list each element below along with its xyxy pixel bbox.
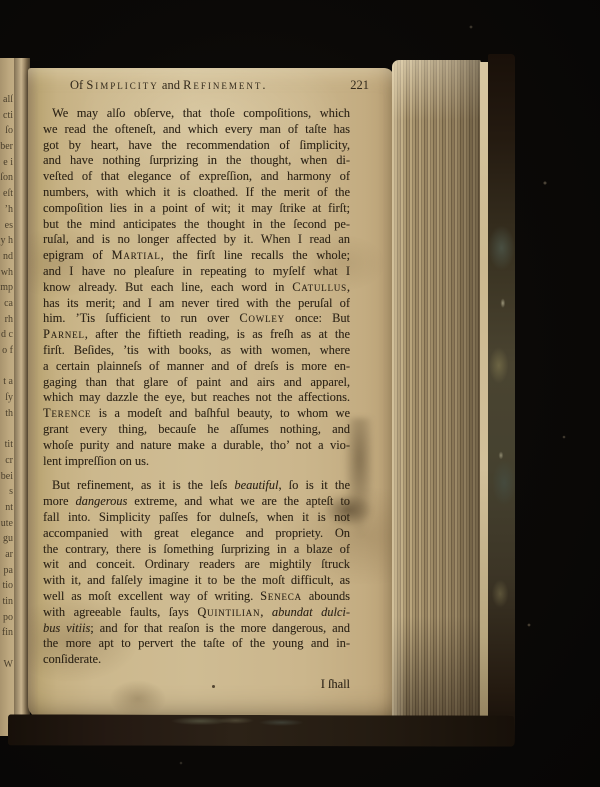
- text-line: ruſal, and is no longer affected by it. …: [43, 232, 350, 248]
- text-segment: which may dazzle the eye, but reaches no…: [43, 390, 350, 404]
- facing-page-text-fragment: ſo: [0, 123, 13, 139]
- text-line: which may dazzle the eye, but reaches no…: [43, 390, 350, 406]
- text-segment: and: [159, 78, 183, 92]
- small-caps-name: Martial: [112, 248, 161, 262]
- text-segment: him. ’Tis ſufficient to run over: [43, 311, 239, 325]
- italic-phrase: dangerous: [75, 494, 127, 508]
- text-line: We may alſo obſerve, that thoſe compoſit…: [43, 106, 350, 122]
- text-segment: firſt. Beſides, ’tis with books, as with…: [43, 343, 350, 357]
- text-segment: ruſal, and is no longer affected by it. …: [43, 232, 350, 246]
- small-caps-name: Cowley: [239, 311, 285, 325]
- text-line: accompanied with great elegance and prop…: [43, 526, 350, 542]
- text-line: well as moſt excellent way of writing. S…: [43, 589, 350, 605]
- facing-page-text-fragment: po: [0, 610, 13, 626]
- small-caps-name: Parnel: [43, 327, 85, 341]
- text-segment: wit and conceit. Ordinary readers are mi…: [43, 557, 350, 571]
- text-segment: ,: [260, 605, 272, 619]
- text-segment: lent impreſſion on us.: [43, 454, 149, 468]
- text-line: got by heart, have the recommendation of…: [43, 138, 350, 154]
- facing-page-text-fragment: eſt: [0, 186, 13, 202]
- text-line: but the mind anticipates the thought in …: [43, 217, 350, 233]
- facing-page-text-fragment: fin: [0, 625, 13, 641]
- small-caps-name: Simplicity: [86, 78, 158, 92]
- italic-phrase: bus vitiis: [43, 621, 90, 635]
- text-segment: well as moſt excellent way of writing.: [43, 589, 260, 603]
- text-segment: got by heart, have the recommendation of…: [43, 138, 350, 152]
- facing-page-text-fragment: tio: [0, 578, 13, 594]
- book-page: Of Simplicity and Refinement. 221 We may…: [28, 68, 394, 718]
- facing-page-text-fragment: wh: [0, 265, 13, 281]
- text-line: more dangerous extreme, and what we are …: [43, 494, 350, 510]
- text-line: lent impreſſion on us.: [43, 454, 350, 470]
- facing-page-text-fragment: y h: [0, 233, 13, 249]
- text-line: with agreeable faults, ſays Quintilian, …: [43, 605, 350, 621]
- facing-page-text-column: alſctiſobere iſoneſt’hesy hndwhmpcarhd c…: [0, 92, 13, 732]
- facing-page-text-fragment: cti: [0, 108, 13, 124]
- text-segment: , after the fiftieth reading, is as freſ…: [85, 327, 350, 341]
- facing-page-text-fragment: tit: [0, 437, 13, 453]
- catchword: I ſhall: [43, 677, 350, 693]
- facing-page-text-fragment: nd: [0, 249, 13, 265]
- text-segment: with agreeable faults, ſays: [43, 605, 197, 619]
- facing-page-text-fragment: ’h: [0, 202, 13, 218]
- text-segment: , ſo is it the: [278, 478, 350, 492]
- facing-page-text-fragment: d c: [0, 327, 13, 343]
- text-line: compoſition lies in a point of wit; it m…: [43, 201, 350, 217]
- text-line: grant every thing, becauſe he aſſumes no…: [43, 422, 350, 438]
- text-line: and I have no pleaſure in repeating to m…: [43, 264, 350, 280]
- text-segment: conſiderate.: [43, 652, 101, 666]
- text-line: the more apt to pervert the taſte of the…: [43, 636, 350, 652]
- text-line: But refinement, as it is the leſs beauti…: [43, 478, 350, 494]
- text-segment: and have nothing ſurprizing in the thoug…: [43, 153, 350, 167]
- text-line: Terence is a modeſt and baſhful beauty, …: [43, 406, 350, 422]
- facing-page-text-fragment: s cr: [0, 484, 13, 500]
- small-caps-name: Refinement.: [183, 78, 267, 92]
- text-segment: numbers, with which it is cloathed. If t…: [43, 185, 350, 199]
- text-line: numbers, with which it is cloathed. If t…: [43, 185, 350, 201]
- text-segment: epigram of: [43, 248, 112, 262]
- text-segment: the more apt to pervert the taſte of the…: [43, 636, 350, 650]
- small-caps-name: Terence: [43, 406, 91, 420]
- page-number: 221: [350, 78, 369, 93]
- text-line: we read the ofteneſt, and which every ma…: [43, 122, 350, 138]
- facing-page-text-fragment: W: [0, 657, 13, 673]
- text-line: firſt. Beſides, ’tis with books, as with…: [43, 343, 350, 359]
- text-segment: veſted of that elegance of expreſſion, a…: [43, 169, 350, 183]
- text-segment: ,: [347, 280, 350, 294]
- text-line: whoſe purity and nature make a durable, …: [43, 438, 350, 454]
- book-cover-marbled-edge: [488, 54, 515, 746]
- text-segment: Of: [70, 78, 86, 92]
- paragraphs: We may alſo obſerve, that thoſe compoſit…: [43, 106, 350, 668]
- dust-specks: [0, 0, 2, 2]
- text-segment: , the firſt line recalls the whole;: [161, 248, 350, 262]
- ink-stain: [323, 493, 373, 527]
- text-segment: We may alſo obſerve, that thoſe compoſit…: [52, 106, 350, 120]
- small-caps-name: Seneca: [260, 589, 302, 603]
- text-block: We may alſo obſerve, that thoſe compoſit…: [43, 106, 350, 693]
- text-line: Parnel, after the fiftieth reading, is a…: [43, 327, 350, 343]
- text-line: and have nothing ſurprizing in the thoug…: [43, 153, 350, 169]
- text-segment: and I have no pleaſure in repeating to m…: [43, 264, 350, 278]
- facing-page-text-fragment: ca: [0, 296, 13, 312]
- text-line: conſiderate.: [43, 652, 350, 668]
- text-segment: we read the ofteneſt, and which every ma…: [43, 122, 350, 136]
- text-segment: with it, and falſely imagine it to be th…: [43, 573, 350, 587]
- facing-page-text-fragment: cr: [0, 453, 13, 469]
- small-caps-name: Quintilian: [197, 605, 260, 619]
- facing-page-text-fragment: ſon: [0, 170, 13, 186]
- text-segment: is a modeſt and baſhful beauty, to whom …: [91, 406, 350, 420]
- text-segment: whoſe purity and nature make a durable, …: [43, 438, 350, 452]
- facing-page-text-fragment: e i: [0, 155, 13, 171]
- small-caps-name: Catullus: [292, 280, 347, 294]
- facing-page-text-fragment: ar: [0, 547, 13, 563]
- text-segment: accompanied with great elegance and prop…: [43, 526, 350, 540]
- italic-phrase: abundat dulci-: [272, 605, 350, 619]
- facing-page-text-fragment: rh: [0, 312, 13, 328]
- text-line: a certain plainneſs of manner and of dre…: [43, 359, 350, 375]
- facing-page-text-fragment: [0, 421, 13, 437]
- text-line: bus vitiis; and for that reaſon is the m…: [43, 621, 350, 637]
- text-line: the contrary, there is ſomething ſurpriz…: [43, 542, 350, 558]
- text-line: know already. But each line, each word i…: [43, 280, 350, 296]
- headline-title: Of Simplicity and Refinement.: [70, 78, 268, 93]
- running-header: Of Simplicity and Refinement. 221: [43, 78, 369, 93]
- facing-page-text-fragment: pa: [0, 563, 13, 579]
- facing-page-text-fragment: [0, 641, 13, 657]
- text-segment: the contrary, there is ſomething ſurpriz…: [43, 542, 350, 556]
- facing-page-text-fragment: bei: [0, 469, 13, 485]
- facing-page-text-fragment: es: [0, 218, 13, 234]
- text-line: with it, and falſely imagine it to be th…: [43, 573, 350, 589]
- text-line: him. ’Tis ſufficient to run over Cowley …: [43, 311, 350, 327]
- text-line: epigram of Martial, the firſt line recal…: [43, 248, 350, 264]
- book-cover-bottom-edge: [8, 714, 514, 746]
- facing-page-text-fragment: t a: [0, 374, 13, 390]
- text-segment: gaging than that glare of paint and airs…: [43, 375, 350, 389]
- book-photograph: alſctiſobere iſoneſt’hesy hndwhmpcarhd c…: [0, 0, 600, 787]
- text-line: wit and conceit. Ordinary readers are mi…: [43, 557, 350, 573]
- facing-page-text-fragment: gu: [0, 531, 13, 547]
- text-segment: has its merit; and I am never tired with…: [43, 296, 350, 310]
- paragraph-2: But refinement, as it is the leſs beauti…: [43, 478, 350, 668]
- facing-page-text-fragment: ſy: [0, 390, 13, 406]
- facing-page-text-fragment: mp: [0, 280, 13, 296]
- facing-page-text-fragment: ber: [0, 139, 13, 155]
- facing-page-text-fragment: ute: [0, 516, 13, 532]
- facing-page-text-fragment: th: [0, 406, 13, 422]
- text-segment: fall into. Simplicity paſſes for dulneſs…: [43, 510, 350, 524]
- text-segment: But refinement, as it is the leſs: [52, 478, 234, 492]
- paragraph-1: We may alſo obſerve, that thoſe compoſit…: [43, 106, 350, 469]
- facing-page-text-fragment: alſ: [0, 92, 13, 108]
- facing-page-text-fragment: [0, 359, 13, 375]
- text-line: has its merit; and I am never tired with…: [43, 296, 350, 312]
- text-segment: extreme, and what we are the apteſt to: [127, 494, 350, 508]
- text-line: veſted of that elegance of expreſſion, a…: [43, 169, 350, 185]
- ink-speck: [212, 685, 215, 688]
- text-segment: compoſition lies in a point of wit; it m…: [43, 201, 350, 215]
- text-segment: ; and for that reaſon is the more danger…: [90, 621, 350, 635]
- italic-phrase: beautiful: [234, 478, 278, 492]
- text-segment: abounds: [302, 589, 350, 603]
- facing-page-text-fragment: nt: [0, 500, 13, 516]
- facing-page-text-fragment: o f: [0, 343, 13, 359]
- text-line: gaging than that glare of paint and airs…: [43, 375, 350, 391]
- facing-page-edge: alſctiſobere iſoneſt’hesy hndwhmpcarhd c…: [0, 58, 30, 736]
- text-segment: once: But: [285, 311, 350, 325]
- fore-edge-page-stack: [392, 60, 481, 738]
- text-segment: know already. But each line, each word i…: [43, 280, 292, 294]
- text-segment: more: [43, 494, 75, 508]
- text-segment: but the mind anticipates the thought in …: [43, 217, 350, 231]
- text-line: fall into. Simplicity paſſes for dulneſs…: [43, 510, 350, 526]
- text-segment: grant every thing, becauſe he aſſumes no…: [43, 422, 350, 436]
- text-segment: a certain plainneſs of manner and of dre…: [43, 359, 350, 373]
- facing-page-text-fragment: tin: [0, 594, 13, 610]
